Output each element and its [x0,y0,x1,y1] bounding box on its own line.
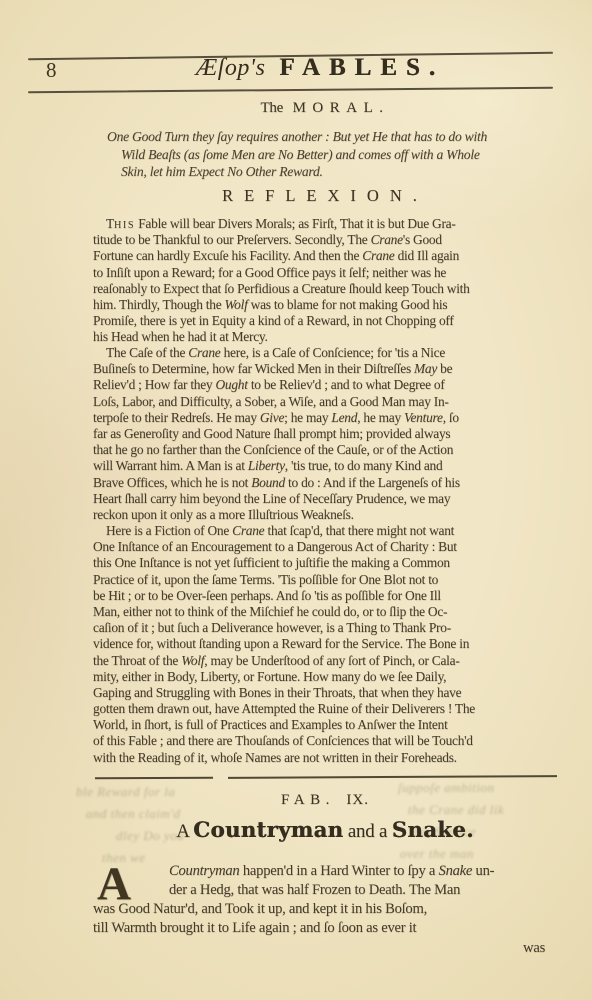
text-line: Skin, let him Expect No Other Reward. [107,163,487,181]
text-line: that he go no farther than the Conſcienc… [93,442,557,458]
text-line: Buſineſs to Determine, how far Wicked Me… [93,361,557,377]
text-segment: to Inſiſt upon a Reward; for a Good Offi… [93,265,446,280]
text-segment: ; he may [284,410,331,425]
text-segment: Countryman [193,818,343,843]
text-segment: HIS [114,220,135,231]
text-line: der a Hedg, that was half Frozen to Deat… [93,881,557,900]
text-segment: Man, either not to think of the Miſchief… [93,604,447,619]
text-line: mity, either in Body, Liberty, or Fortun… [93,669,557,685]
text-line: caſion of it ; but ſuch a Deliverance ho… [93,620,557,636]
text-segment: Snake [439,863,473,879]
text-segment: reckon upon it only as a more Illuſtriou… [93,507,354,522]
text-line: with the Reading of it, whoſe Names are … [93,750,557,766]
text-segment: be Hit ; or to be Over-ſeen perhaps. And… [93,588,441,603]
text-segment: Countryman [169,863,239,879]
moral-heading-the: The [261,100,284,116]
reflexion-paragraph-2: The Caſe of the Crane here, is a Caſe of… [93,345,557,523]
section-divider-right [228,775,557,778]
running-title-caps: FABLES. [279,54,444,81]
text-line: gotten them drawn out, have Attempted th… [93,701,557,717]
text-line: of this Fable ; and there are Thouſands … [93,733,557,749]
text-line: Practice of it, upon the ſame Terms. 'Ti… [93,572,557,588]
text-segment: was Good Natur'd, and Took it up, and ke… [93,901,427,917]
text-segment: A [176,821,193,842]
text-segment: Wild Beaſts (as ſome Men are No Better) … [121,147,480,162]
text-segment: May [414,361,437,376]
text-line: Fortune can hardly Excuſe his Facility. … [93,248,557,264]
text-segment: Venture [404,410,443,425]
text-line: till Warmth brought it to Life again ; a… [93,919,557,938]
text-segment: , he may [357,410,404,425]
text-segment: Crane [188,345,220,360]
text-segment: Practice of it, upon the ſame Terms. 'Ti… [93,572,438,587]
text-segment: and a [343,821,391,842]
fable-title: A Countryman and a Snake. [93,818,557,843]
text-segment: Fortune can hardly Excuſe his Facility. … [93,248,362,263]
text-line: his Head when he had it at Mercy. [93,329,557,345]
text-line: THIS Fable will bear Divers Morals; as F… [93,216,557,232]
text-segment: Give [260,410,284,425]
text-segment: Snake. [392,818,474,843]
text-segment: Wolf [225,297,248,312]
text-segment: gotten them drawn out, have Attempted th… [93,701,475,716]
text-segment: The Caſe of the [106,345,188,360]
text-segment: Heart ſhall carry him beyond the Line of… [93,491,450,506]
text-segment: with the Reading of it, whoſe Names are … [93,750,457,765]
text-line: to Inſiſt upon a Reward; for a Good Offi… [93,265,557,281]
text-segment: Crane [362,248,394,263]
text-line: Wild Beaſts (as ſome Men are No Better) … [107,146,487,164]
text-line: Loſs, Labor, and Difficulty, a Sober, a … [93,394,557,410]
fable-number-heading: FAB. IX. [93,792,557,809]
text-line: the Throat of the Wolf, may be Underſtoo… [93,653,557,669]
text-line: reckon upon it only as a more Illuſtriou… [93,507,557,523]
text-segment: Skin, let him Expect No Other Reward. [121,164,323,179]
text-segment: reaſonably to Expect that ſo Perfidious … [93,281,470,296]
text-segment: happen'd in a Hard Winter to ſpy a [239,863,438,879]
running-title-author: Æſop's [196,55,265,81]
text-segment: him. Thirdly, Though the [93,297,225,312]
text-segment: Crane [232,523,264,538]
fable-paragraph: Countryman happen'd in a Hard Winter to … [93,862,557,938]
book-page: ble Reward for laand then claim'ddley Do… [0,0,592,1000]
text-line: vidence for, without ſtanding upon a Rew… [93,636,557,652]
text-segment: Loſs, Labor, and Difficulty, a Sober, a … [93,394,449,409]
text-segment: was to blame for not making Good his [248,297,448,312]
text-segment: Crane [371,232,403,247]
moral-heading-caps: MORAL. [293,100,390,116]
text-segment: till Warmth brought it to Life again ; a… [93,920,416,936]
page-number: 8 [46,58,57,83]
text-line: will Warrant him. A Man is at Liberty, '… [93,458,557,474]
text-segment: , may be Underſtood of any ſort of Pinch… [204,653,459,668]
reflexion-heading: REFLEXION. [93,186,557,206]
text-segment: One Good Turn they ſay requires another … [107,129,487,144]
text-segment: to be Reliev'd ; and to what Degree of [248,377,445,392]
show-through-text: over the man [400,846,474,862]
section-divider-left [95,777,213,779]
text-segment: World, in ſhort, is full of Practices an… [93,717,448,732]
text-line: Brave Offices, which he is not Bound to … [93,475,557,491]
text-line: terpoſe to their Redreſs. He may Give; h… [93,410,557,426]
text-segment: terpoſe to their Redreſs. He may [93,410,260,425]
text-segment: mity, either in Body, Liberty, or Fortun… [93,669,446,684]
header-rule-bottom [28,87,553,94]
text-segment: far as Generoſity and Good Nature ſhall … [93,426,450,441]
text-line: be Hit ; or to be Over-ſeen perhaps. And… [93,588,557,604]
text-segment: of this Fable ; and there are Thouſands … [93,733,473,748]
text-segment: T [106,216,114,231]
text-segment: Wolf [181,653,204,668]
text-line: this One Inſtance is not yet ſufficient … [93,555,557,571]
text-segment: Liberty [248,458,285,473]
text-segment: , 'tis true, to do many Kind and [285,458,443,473]
text-segment: 's Good [403,232,442,247]
text-segment: Ought [215,377,247,392]
text-line: Countryman happen'd in a Hard Winter to … [93,862,557,881]
text-segment: Here is a Fiction of One [106,523,232,538]
text-line: him. Thirdly, Though the Wolf was to bla… [93,297,557,313]
text-segment: Promiſe, there is yet in Equity a kind o… [93,313,454,328]
text-segment: titude to be Thankful to our Preſervers.… [93,232,371,247]
text-segment: un- [472,863,494,879]
text-line: Heart ſhall carry him beyond the Line of… [93,491,557,507]
text-segment: to do : And if the Largeneſs of his [285,475,460,490]
text-segment: will Warrant him. A Man is at [93,458,248,473]
text-segment: One Inſtance of an Encouragement to a Da… [93,539,457,554]
text-line: Reliev'd ; How far they Ought to be Reli… [93,377,557,393]
text-segment: be [437,361,452,376]
moral-heading: The MORAL. [93,100,557,117]
text-segment: Buſineſs to Determine, how far Wicked Me… [93,361,414,376]
text-segment: the Throat of the [93,653,181,668]
running-title: Æſop's FABLES. [120,54,520,82]
catchword: was [93,940,545,957]
text-line: The Caſe of the Crane here, is a Caſe of… [93,345,557,361]
text-segment: that he go no farther than the Conſcienc… [93,442,453,457]
text-segment: caſion of it ; but ſuch a Deliverance ho… [93,620,451,635]
reflexion-paragraph-1: THIS Fable will bear Divers Morals; as F… [93,216,557,346]
text-line: One Inſtance of an Encouragement to a Da… [93,539,557,555]
text-line: was Good Natur'd, and Took it up, and ke… [93,900,557,919]
text-segment: this One Inſtance is not yet ſufficient … [93,555,450,570]
text-segment: Fable will bear Divers Morals; as Firſt,… [135,216,455,231]
text-line: far as Generoſity and Good Nature ſhall … [93,426,557,442]
text-line: Man, either not to think of the Miſchief… [93,604,557,620]
text-segment: Reliev'd ; How far they [93,377,215,392]
text-segment: , ſo [443,410,459,425]
text-line: One Good Turn they ſay requires another … [107,128,487,146]
text-segment: did Ill again [395,248,460,263]
text-line: World, in ſhort, is full of Practices an… [93,717,557,733]
text-segment: Bound [251,475,285,490]
moral-text: One Good Turn they ſay requires another … [107,128,487,181]
text-segment: der a Hedg, that was half Frozen to Deat… [169,882,460,898]
text-line: Promiſe, there is yet in Equity a kind o… [93,313,557,329]
text-segment: Lend [331,410,357,425]
text-segment: that ſcap'd, that there might not want [264,523,454,538]
text-segment: here, is a Caſe of Conſcience; for 'tis … [221,345,446,360]
fable-number-fab: FAB. [281,792,335,808]
text-line: reaſonably to Expect that ſo Perfidious … [93,281,557,297]
text-line: Here is a Fiction of One Crane that ſcap… [93,523,557,539]
text-line: titude to be Thankful to our Preſervers.… [93,232,557,248]
fable-number-ix: IX. [346,792,369,808]
text-line: Gaping and Struggling with Bones in thei… [93,685,557,701]
text-segment: Brave Offices, which he is not [93,475,251,490]
text-segment: vidence for, without ſtanding upon a Rew… [93,636,469,651]
reflexion-paragraph-3: Here is a Fiction of One Crane that ſcap… [93,523,557,766]
text-segment: Gaping and Struggling with Bones in thei… [93,685,461,700]
text-segment: his Head when he had it at Mercy. [93,329,268,344]
